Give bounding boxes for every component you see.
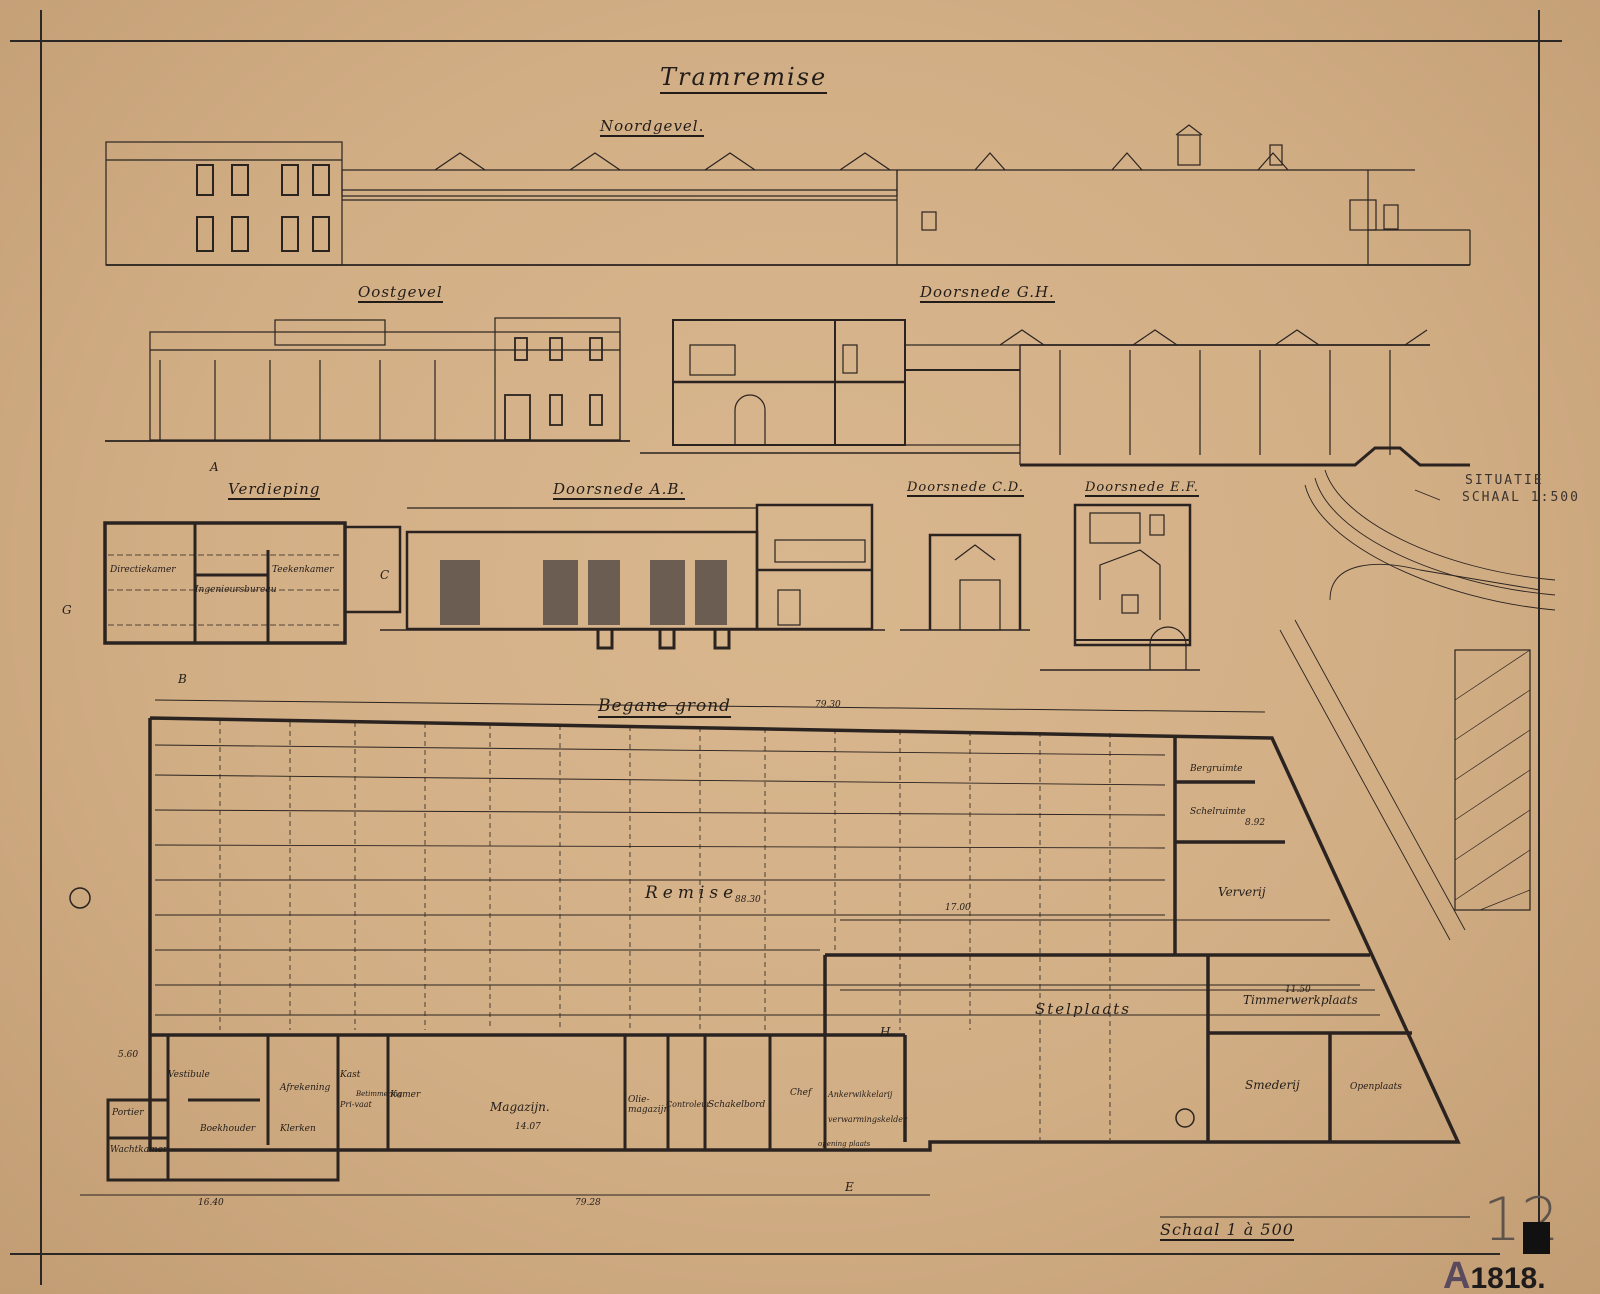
east-elevation-title: Oostgevel: [358, 283, 443, 303]
room-klerken: Klerken: [280, 1124, 316, 1134]
dim-stelplaats: 17.00: [945, 903, 971, 913]
room-timmerwerkplaats: Timmerwerkplaats: [1243, 993, 1358, 1007]
dim-bottom-left: 16.40: [198, 1198, 224, 1208]
drawing-sheet: Tramremise Noordgevel. Oostgevel Doorsne…: [0, 0, 1600, 1294]
room-remise: Remise: [645, 883, 738, 903]
room-controleur: Controleur: [666, 1100, 710, 1109]
room-verwarmingskelder: verwarmingskelder: [828, 1115, 907, 1124]
room-chef: Chef: [790, 1088, 811, 1098]
room-teekenkamer: Teekenkamer: [272, 565, 334, 575]
dim-schel: 8.92: [1245, 818, 1265, 828]
marker-g: G: [62, 603, 72, 617]
room-schakelbord: Schakelbord: [708, 1100, 765, 1110]
room-oliemagazijn: Olie-magazijn: [628, 1095, 668, 1115]
dim-magazijn: 14.07: [515, 1122, 541, 1132]
room-openplaats: Openplaats: [1350, 1082, 1402, 1092]
dim-left-small: 5.60: [118, 1050, 138, 1060]
dim-overall-bottom: 79.28: [575, 1198, 601, 1208]
room-magazijn: Magazijn.: [490, 1100, 550, 1114]
archive-prefix: A: [1443, 1255, 1470, 1294]
room-ankerwikkelarij: Ankerwikkelarij: [828, 1090, 892, 1099]
upper-floor-title: Verdieping: [228, 480, 320, 500]
marker-b: B: [178, 672, 187, 686]
room-bergruimte: Bergruimte: [1190, 764, 1242, 774]
room-privaat: Pri-vaat: [340, 1100, 372, 1109]
marker-e: E: [845, 1180, 854, 1194]
archive-stamp: A1818.: [1443, 1255, 1546, 1294]
room-opening: opening plaats: [818, 1140, 870, 1148]
dim-overall-top: 79.30: [815, 700, 841, 710]
section-gh-title: Doorsnede G.H.: [920, 283, 1055, 303]
room-kamer: Kamer: [390, 1090, 420, 1100]
room-ingenieursbureau: Ingenieursbureau: [195, 585, 277, 595]
room-boekhouder: Boekhouder: [200, 1124, 255, 1134]
marker-a: A: [210, 460, 219, 474]
marker-c: C: [380, 568, 389, 582]
marker-h: H: [880, 1025, 890, 1039]
section-cd-title: Doorsnede C.D.: [907, 480, 1024, 497]
scale-label: Schaal 1 à 500: [1160, 1220, 1294, 1241]
archive-digits: 1818.: [1470, 1262, 1545, 1294]
room-portier: Portier: [112, 1108, 144, 1118]
room-directiekamer: Directiekamer: [110, 565, 176, 575]
sheet-title: Tramremise: [660, 63, 827, 94]
room-ververij: Ververij: [1218, 885, 1266, 899]
drawing-linework: [0, 0, 1600, 1294]
north-elevation-title: Noordgevel.: [600, 117, 704, 137]
corner-black-block: [1523, 1222, 1550, 1254]
section-ab-title: Doorsnede A.B.: [553, 480, 685, 500]
dim-remise: 88.30: [735, 895, 761, 905]
site-plan-scale: SCHAAL 1:500: [1462, 490, 1580, 505]
room-wachtkamer: Wachtkamer: [110, 1145, 167, 1155]
section-ef-title: Doorsnede E.F.: [1085, 480, 1199, 497]
room-afrekening: Afrekening: [280, 1083, 330, 1093]
room-stelplaats: Stelplaats: [1035, 1000, 1131, 1018]
room-kast: Kast: [340, 1070, 360, 1080]
room-smederij: Smederij: [1245, 1078, 1300, 1092]
room-vestibule: Vestibule: [168, 1070, 210, 1080]
ground-floor-title: Begane grond: [598, 696, 731, 718]
dim-timmer: 11.50: [1285, 985, 1311, 995]
room-schelruimte: Schelruimte: [1190, 807, 1246, 817]
site-plan-title: SITUATIE: [1465, 473, 1544, 488]
